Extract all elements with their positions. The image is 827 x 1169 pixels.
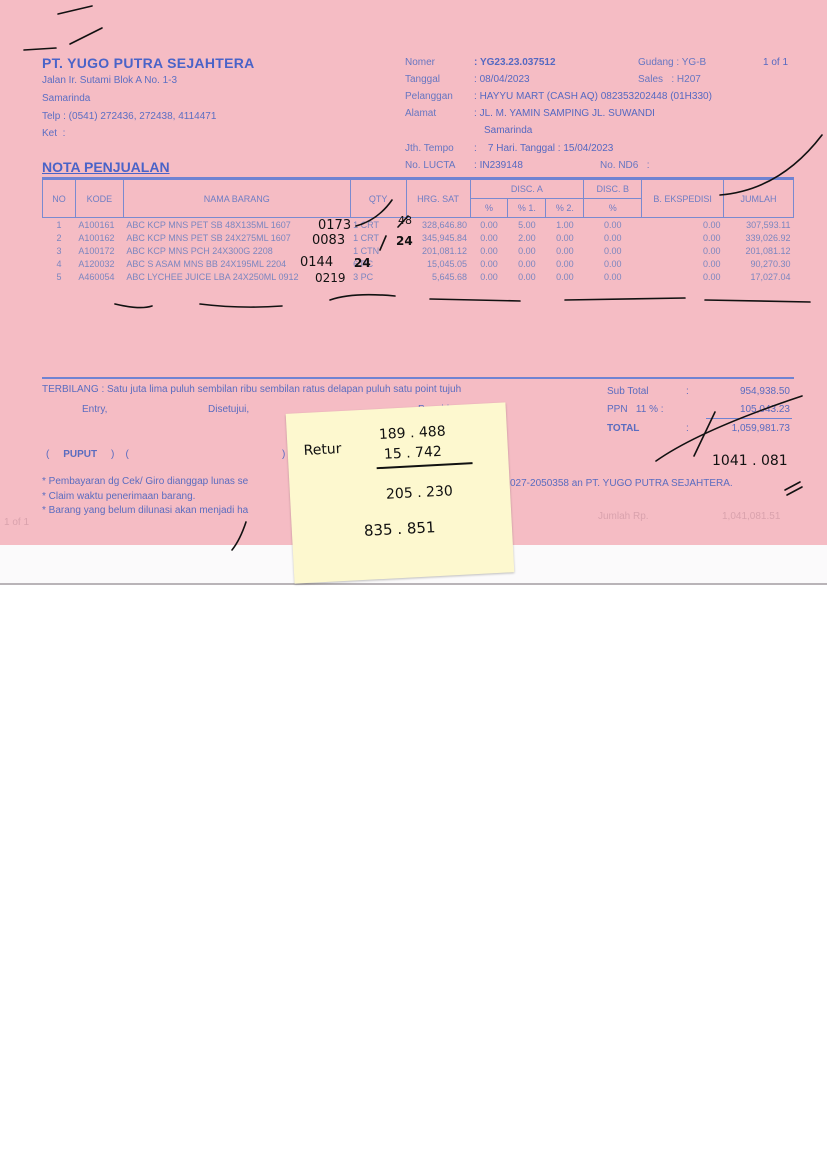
cell-kode: A100161 [75,218,123,232]
cell-qty: 3 PC [350,270,406,283]
company-phone: Telp : (0541) 272436, 272438, 4114471 [42,111,216,122]
cell-kode: A460054 [75,270,123,283]
col-ekspedisi: B. EKSPEDISI [642,179,724,218]
faded-jumlah-label: Jumlah Rp. [598,511,649,522]
cell-db: 0.00 [584,244,642,257]
disetujui-signature-close: ) [282,449,285,460]
cell-no: 2 [43,231,76,244]
cell-jumlah: 307,593.11 [724,218,794,232]
lucta-value: : IN239148 [474,160,523,171]
entry-signature: ( PUPUT ) ( [46,449,129,460]
document-title: NOTA PENJUALAN [42,159,170,175]
hand-qty-2: 24 [396,234,413,248]
col-no: NO [43,179,76,218]
cell-da: 0.00 [470,218,508,232]
cell-da2: 0.00 [546,257,584,270]
subtotal-value: 954,938.50 [680,386,790,397]
cell-db: 0.00 [584,231,642,244]
subtotal-label: Sub Total [607,386,649,397]
cell-jumlah: 17,027.04 [724,270,794,283]
cell-db: 0.00 [584,270,642,283]
cell-harga: 201,081.12 [406,244,470,257]
cell-eksp: 0.00 [642,270,724,283]
terbilang-text: TERBILANG : Satu juta lima puluh sembila… [42,384,461,395]
cell-da1: 5.00 [508,218,546,232]
col-harga: HRG. SAT [406,179,470,218]
hand-qty-3: 24 [354,256,371,270]
col-disc-a-pct: % [470,199,508,218]
table-row: 5A460054ABC LYCHEE JUICE LBA 24X250ML 09… [43,270,794,283]
ket-label: Ket : [42,128,65,139]
sticky-line-1: 189 . 488 [379,424,447,443]
total-divider [706,418,792,419]
table-row: 1A100161ABC KCP MNS PET SB 48X135ML 1607… [43,218,794,232]
gudang-label: Gudang : YG-B [638,57,706,68]
cell-harga: 345,945.84 [406,231,470,244]
col-disc-a-pct2: % 2. [546,199,584,218]
alamat-value-2: Samarinda [484,125,532,136]
ppn-label: PPN 11 % : [607,404,664,415]
faded-page: 1 of 1 [4,517,29,528]
col-disc-a: DISC. A [470,179,584,199]
col-nama: NAMA BARANG [123,179,350,218]
cell-da1: 0.00 [508,257,546,270]
ppn-value: 105,043.23 [680,404,790,415]
col-disc-b: DISC. B [584,179,642,199]
cell-harga: 5,645.68 [406,270,470,283]
alamat-value-1: : JL. M. YAMIN SAMPING JL. SUWANDI [474,108,655,119]
table-row: 3A100172ABC KCP MNS PCH 24X300G 22081 CT… [43,244,794,257]
hand-code-3: 0144 [300,255,333,270]
hand-corrected-total: 1041 . 081 [712,453,788,469]
col-kode: KODE [75,179,123,218]
cell-da1: 2.00 [508,231,546,244]
tanggal-label: Tanggal [405,74,440,85]
cell-da2: 1.00 [546,218,584,232]
col-disc-b-pct: % [584,199,642,218]
pelanggan-value: : HAYYU MART (CASH AQ) 082353202448 (01H… [474,91,712,102]
payment-note-2: * Claim waktu penerimaan barang. [42,491,195,502]
cell-da1: 0.00 [508,270,546,283]
sales-label: Sales : H207 [638,74,701,85]
entry-label: Entry, [82,404,107,415]
hand-code-4: 0219 [315,271,346,285]
hand-qty-1: 48 [398,214,412,227]
page-indicator: 1 of 1 [763,57,788,68]
company-city: Samarinda [42,93,90,104]
cell-no: 4 [43,257,76,270]
company-address: Jalan Ir. Sutami Blok A No. 1-3 [42,75,177,86]
cell-kode: A100162 [75,231,123,244]
items-table: NO KODE NAMA BARANG QTY HRG. SAT DISC. A… [42,177,794,283]
sticky-sum: 205 . 230 [386,483,454,502]
cell-eksp: 0.00 [642,218,724,232]
pelanggan-label: Pelanggan [405,91,453,102]
cell-da: 0.00 [470,270,508,283]
cell-nama: ABC KCP MNS PET SB 48X135ML 1607 [123,218,350,232]
cell-eksp: 0.00 [642,231,724,244]
nd6-label: No. ND6 : [600,160,649,171]
cell-da: 0.00 [470,244,508,257]
disetujui-label: Disetujui, [208,404,249,415]
col-disc-a-pct1: % 1. [508,199,546,218]
nomer-value: : YG23.23.037512 [474,57,556,68]
cell-jumlah: 90,270.30 [724,257,794,270]
lucta-label: No. LUCTA [405,160,455,171]
col-qty: QTY [350,179,406,218]
cell-da2: 0.00 [546,270,584,283]
cell-da2: 0.00 [546,231,584,244]
total-value: 1,059,981.73 [680,423,790,434]
col-jumlah: JUMLAH [724,179,794,218]
hand-code-2: 0083 [312,233,345,248]
sticky-line-2: 15 . 742 [384,444,443,463]
cell-harga: 15,045.05 [406,257,470,270]
cell-db: 0.00 [584,257,642,270]
cell-harga: 328,646.80 [406,218,470,232]
tanggal-value: : 08/04/2023 [474,74,530,85]
cell-no: 5 [43,270,76,283]
hand-code-1: 0173 [318,218,351,233]
cell-no: 1 [43,218,76,232]
cell-no: 3 [43,244,76,257]
alamat-label: Alamat [405,108,436,119]
sticky-retur-label: Retur [303,441,342,459]
sticky-note: Retur 189 . 488 15 . 742 205 . 230 835 .… [286,402,515,583]
cell-jumlah: 339,026.92 [724,231,794,244]
cell-eksp: 0.00 [642,257,724,270]
footer-divider [42,377,794,379]
tempo-value: : 7 Hari. Tanggal : 15/04/2023 [474,143,613,154]
table-row: 4A120032ABC S ASAM MNS BB 24X195ML 22046… [43,257,794,270]
sticky-sum-line [377,462,473,469]
table-row: 2A100162ABC KCP MNS PET SB 24X275ML 1607… [43,231,794,244]
bank-account-note: 027-2050358 an PT. YUGO PUTRA SEJAHTERA. [510,478,733,489]
tempo-label: Jth. Tempo [405,143,454,154]
payment-note-1: * Pembayaran dg Cek/ Giro dianggap lunas… [42,476,248,487]
sticky-result: 835 . 851 [363,518,435,540]
cell-da1: 0.00 [508,244,546,257]
cell-db: 0.00 [584,218,642,232]
cell-eksp: 0.00 [642,244,724,257]
nomer-label: Nomer [405,57,435,68]
faded-jumlah-value: 1,041,081.51 [722,511,780,522]
company-name: PT. YUGO PUTRA SEJAHTERA [42,55,255,71]
cell-da: 0.00 [470,231,508,244]
cell-kode: A100172 [75,244,123,257]
total-label: TOTAL [607,423,639,434]
cell-kode: A120032 [75,257,123,270]
cell-da2: 0.00 [546,244,584,257]
cell-jumlah: 201,081.12 [724,244,794,257]
payment-note-3: * Barang yang belum dilunasi akan menjad… [42,505,248,516]
cell-da: 0.00 [470,257,508,270]
